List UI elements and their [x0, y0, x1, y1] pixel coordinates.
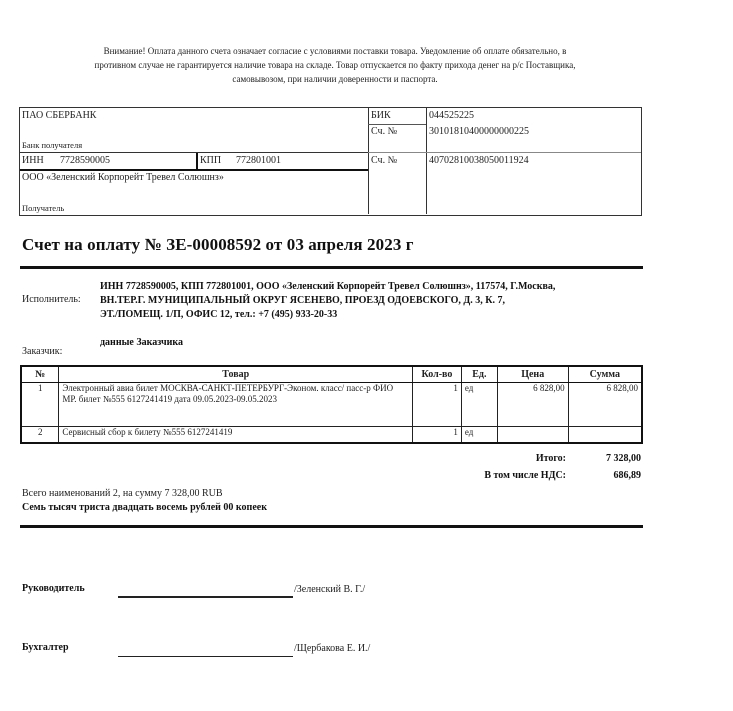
- recipient-label: Получатель: [22, 202, 64, 214]
- col-header-num: №: [21, 366, 59, 383]
- bank-details-table: ПАО СБЕРБАНК Банк получателя ИНН 7728590…: [19, 107, 642, 216]
- signature-role-accountant: Бухгалтер: [22, 641, 69, 655]
- customer-value: данные Заказчика: [100, 336, 183, 350]
- kpp-label: КПП: [200, 155, 221, 167]
- corr-account-value: 30101810400000000225: [429, 126, 529, 138]
- invoice-title: Счет на оплату № ЗЕ-00008592 от 03 апрел…: [22, 235, 414, 255]
- total-label: Итого:: [536, 453, 566, 464]
- amount-in-words: Семь тысяч триста двадцать восемь рублей…: [22, 501, 267, 515]
- account-label: Сч. №: [371, 155, 397, 167]
- row-price: 6 828,00: [497, 383, 568, 427]
- row-product: Сервисный сбор к билету №555 6127241419: [59, 427, 413, 443]
- inn-label: ИНН: [22, 155, 44, 167]
- payment-notice: Внимание! Оплата данного счета означает …: [90, 44, 580, 86]
- signature-name-accountant: /Щербакова Е. И./: [294, 643, 370, 654]
- executor-line: ИНН 7728590005, КПП 772801001, ООО «Зеле…: [100, 280, 555, 294]
- row-qty: 1: [413, 383, 462, 427]
- col-header-qty: Кол-во: [413, 366, 462, 383]
- bank-label: Банк получателя: [22, 139, 82, 151]
- account-value: 40702810038050011924: [429, 155, 529, 167]
- divider: [426, 108, 427, 214]
- divider: [196, 152, 198, 169]
- signature-name-director: /Зеленский В. Г./: [294, 584, 365, 595]
- executor-line: ВН.ТЕР.Г. МУНИЦИПАЛЬНЫЙ ОКРУГ ЯСЕНЕВО, П…: [100, 294, 555, 308]
- bik-label: БИК: [371, 110, 391, 122]
- col-header-sum: Сумма: [568, 366, 642, 383]
- divider: [20, 152, 368, 153]
- table-row: 2 Сервисный сбор к билету №555 612724141…: [21, 427, 642, 443]
- row-num: 1: [21, 383, 59, 427]
- items-table: № Товар Кол-во Ед. Цена Сумма 1 Электрон…: [20, 365, 643, 444]
- table-header-row: № Товар Кол-во Ед. Цена Сумма: [21, 366, 642, 383]
- col-header-product: Товар: [59, 366, 413, 383]
- row-unit: ед: [461, 427, 497, 443]
- title-rule: [20, 266, 643, 269]
- table-row: 1 Электронный авиа билет МОСКВА-САНКТ-ПЕ…: [21, 383, 642, 427]
- signature-line-accountant: [118, 656, 293, 657]
- bik-value: 044525225: [429, 110, 474, 122]
- row-sum: [568, 427, 642, 443]
- executor-label: Исполнитель:: [22, 294, 81, 305]
- vat-label: В том числе НДС:: [484, 470, 566, 481]
- row-sum: 6 828,00: [568, 383, 642, 427]
- divider: [20, 169, 368, 171]
- kpp-value: 772801001: [236, 155, 281, 167]
- summary-rule: [20, 525, 643, 528]
- divider: [368, 124, 426, 125]
- vat-value: 686,89: [614, 470, 642, 481]
- signature-line-director: [118, 596, 293, 598]
- executor-line: ЭТ./ПОМЕЩ. 1/П, ОФИС 12, тел.: +7 (495) …: [100, 308, 555, 322]
- signature-role-director: Руководитель: [22, 582, 85, 596]
- col-header-unit: Ед.: [461, 366, 497, 383]
- divider: [368, 152, 641, 153]
- total-value: 7 328,00: [606, 453, 641, 464]
- corr-account-label: Сч. №: [371, 126, 397, 138]
- items-count-summary: Всего наименований 2, на сумму 7 328,00 …: [22, 488, 223, 499]
- row-qty: 1: [413, 427, 462, 443]
- row-product: Электронный авиа билет МОСКВА-САНКТ-ПЕТЕ…: [59, 383, 413, 427]
- executor-details: ИНН 7728590005, КПП 772801001, ООО «Зеле…: [100, 280, 555, 322]
- inn-value: 7728590005: [60, 155, 110, 167]
- row-unit: ед: [461, 383, 497, 427]
- row-price: [497, 427, 568, 443]
- bank-name: ПАО СБЕРБАНК: [22, 110, 96, 122]
- customer-label: Заказчик:: [22, 346, 62, 357]
- row-num: 2: [21, 427, 59, 443]
- recipient-name: ООО «Зеленский Корпорейт Тревел Солюшнз»: [22, 172, 224, 184]
- col-header-price: Цена: [497, 366, 568, 383]
